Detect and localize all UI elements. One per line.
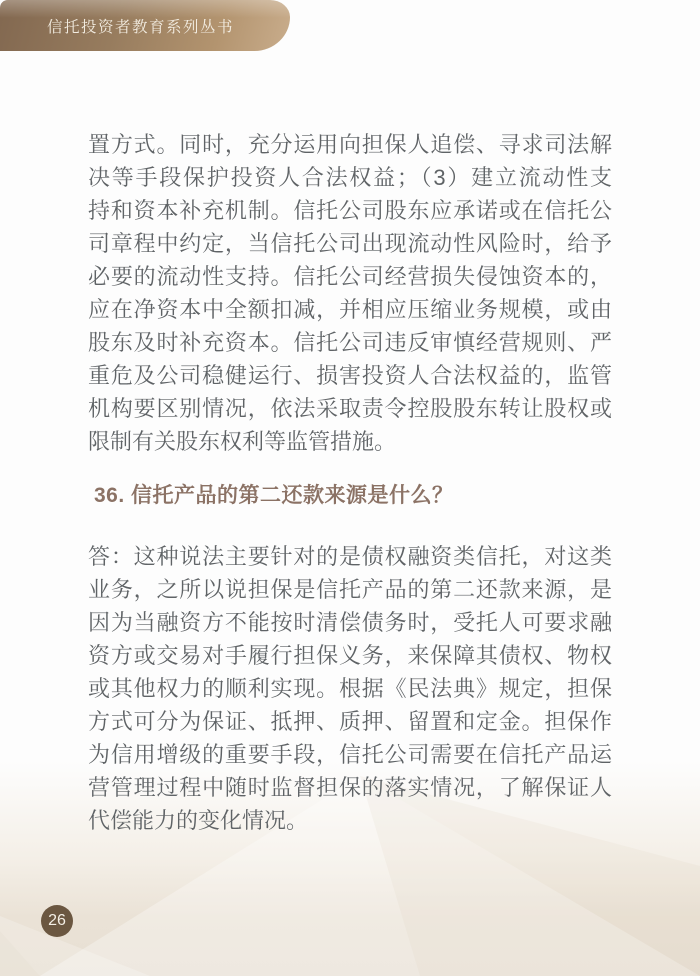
paragraph-line: 机构要区别情况，依法采取责令控股股东转让股权或 (88, 392, 612, 425)
paragraph-line: 司章程中约定，当信托公司出现流动性风险时，给予 (88, 227, 612, 260)
paragraph-line: 方式可分为保证、抵押、质押、留置和定金。担保作 (88, 705, 612, 738)
paragraph-line: 股东及时补充资本。信托公司违反审慎经营规则、严 (88, 326, 612, 359)
paragraph-line: 重危及公司稳健运行、损害投资人合法权益的，监管 (88, 359, 612, 392)
paragraph-line: 应在净资本中全额扣减，并相应压缩业务规模，或由 (88, 293, 612, 326)
body-paragraph-1: 置方式。同时，充分运用向担保人追偿、寻求司法解 决等手段保护投资人合法权益；（3… (88, 128, 612, 458)
body-paragraph-2: 答：这种说法主要针对的是债权融资类信托，对这类 业务，之所以说担保是信托产品的第… (88, 540, 612, 837)
paragraph-line: 业务，之所以说担保是信托产品的第二还款来源，是 (88, 573, 612, 606)
paragraph-line: 营管理过程中随时监督担保的落实情况，了解保证人 (88, 771, 612, 804)
paragraph-line: 为信用增级的重要手段，信托公司需要在信托产品运 (88, 738, 612, 771)
paragraph-line: 或其他权力的顺利实现。根据《民法典》规定，担保 (88, 672, 612, 705)
series-title: 信托投资者教育系列丛书 (47, 15, 234, 37)
book-page: 信托投资者教育系列丛书 置方式。同时，充分运用向担保人追偿、寻求司法解 决等手段… (0, 0, 700, 976)
paragraph-line: 限制有关股东权利等监管措施。 (88, 425, 612, 458)
page-number-badge: 26 (41, 905, 73, 937)
header-ribbon: 信托投资者教育系列丛书 (0, 0, 290, 51)
paragraph-line: 资方或交易对手履行担保义务，来保障其债权、物权 (88, 639, 612, 672)
question-heading: 36. 信托产品的第二还款来源是什么？ (94, 482, 634, 510)
paragraph-line: 必要的流动性支持。信托公司经营损失侵蚀资本的， (88, 260, 612, 293)
paragraph-line: 决等手段保护投资人合法权益；（3）建立流动性支 (88, 161, 612, 194)
paragraph-line: 置方式。同时，充分运用向担保人追偿、寻求司法解 (88, 128, 612, 161)
paragraph-line: 持和资本补充机制。信托公司股东应承诺或在信托公 (88, 194, 612, 227)
paragraph-line: 代偿能力的变化情况。 (88, 804, 612, 837)
page-number: 26 (48, 912, 66, 930)
paragraph-line: 因为当融资方不能按时清偿债务时，受托人可要求融 (88, 606, 612, 639)
paragraph-line: 答：这种说法主要针对的是债权融资类信托，对这类 (88, 540, 612, 573)
